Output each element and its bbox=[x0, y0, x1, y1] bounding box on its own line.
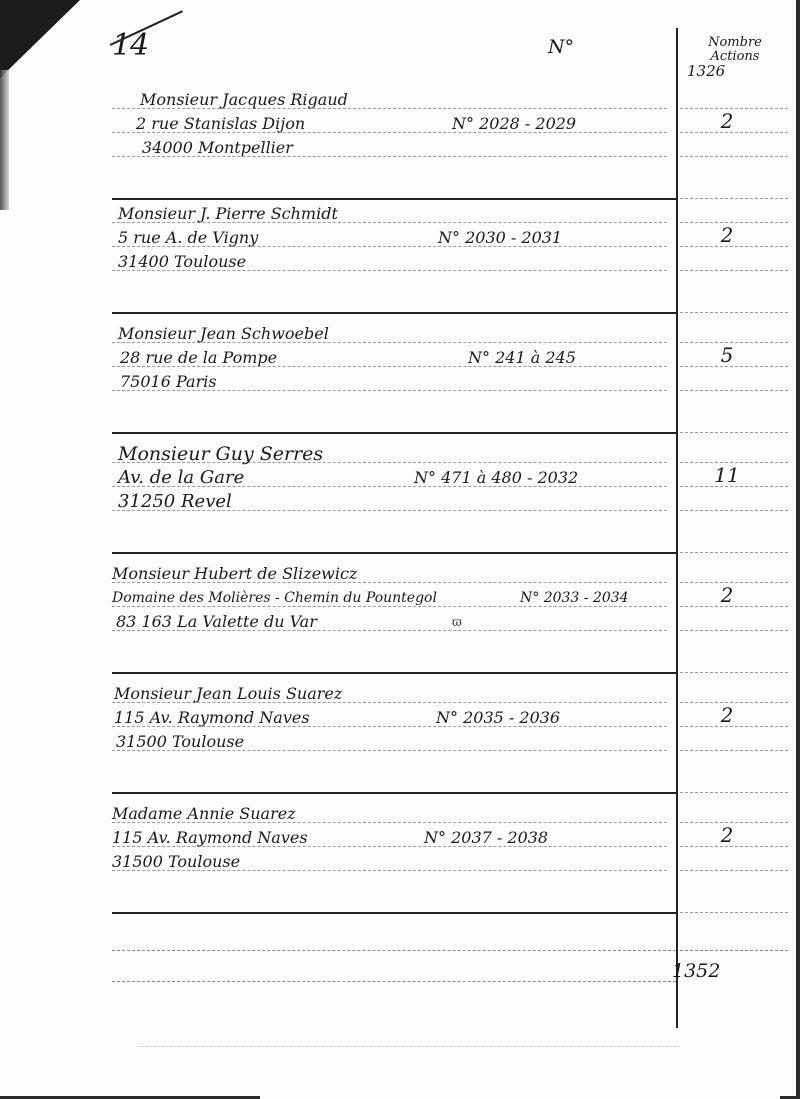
holder-name: Monsieur J. Pierre Schmidt bbox=[118, 202, 338, 226]
share-numbers: N° 471 à 480 - 2032 bbox=[414, 466, 578, 490]
holder-city: 31400 Toulouse bbox=[118, 250, 246, 274]
share-count: 11 bbox=[707, 462, 747, 488]
entry-separator bbox=[112, 312, 676, 314]
holder-address: Domaine des Molières - Chemin du Pounteg… bbox=[112, 586, 437, 610]
holder-address: 5 rue A. de Vigny bbox=[118, 226, 258, 250]
share-numbers: N° 2028 - 2029 bbox=[452, 112, 576, 136]
share-count: 2 bbox=[707, 582, 747, 608]
scan-shadow-corner bbox=[0, 0, 80, 78]
scanned-register-page: 14 N° Nombre Actions 1326 Monsieur Jacqu… bbox=[0, 0, 800, 1099]
holder-city: 31500 Toulouse bbox=[116, 730, 244, 754]
carried-forward-total: 1326 bbox=[681, 64, 789, 78]
entry-separator-right bbox=[680, 552, 788, 553]
holder-name: Monsieur Hubert de Slizewicz bbox=[112, 562, 357, 586]
holder-city: 83 163 La Valette du Var bbox=[116, 610, 317, 634]
register-entry: Monsieur Guy Serres Av. de la Gare 31250… bbox=[112, 440, 792, 560]
margin-mark: ϖ bbox=[452, 610, 462, 634]
holder-address: 115 Av. Raymond Naves bbox=[114, 706, 310, 730]
holder-name: Monsieur Jacques Rigaud bbox=[140, 88, 348, 112]
share-numbers: N° 241 à 245 bbox=[468, 346, 576, 370]
register-entry: Monsieur Jean Schwoebel 28 rue de la Pom… bbox=[112, 320, 792, 440]
holder-address: 28 rue de la Pompe bbox=[120, 346, 277, 370]
holder-address: 115 Av. Raymond Naves bbox=[112, 826, 308, 850]
share-count: 2 bbox=[707, 822, 747, 848]
share-numbers: N° 2033 - 2034 bbox=[520, 586, 629, 610]
ruled-line bbox=[680, 750, 788, 751]
ruled-line bbox=[112, 950, 676, 951]
share-count: 2 bbox=[707, 702, 747, 728]
register-entry: Monsieur J. Pierre Schmidt 5 rue A. de V… bbox=[112, 200, 792, 320]
share-numbers: N° 2035 - 2036 bbox=[436, 706, 560, 730]
entry-separator-right bbox=[680, 792, 788, 793]
holder-address: Av. de la Gare bbox=[118, 466, 244, 490]
share-count: 2 bbox=[707, 108, 747, 134]
ruled-line bbox=[680, 510, 788, 511]
holder-name: Madame Annie Suarez bbox=[112, 802, 296, 826]
entry-separator bbox=[112, 792, 676, 794]
holder-name: Monsieur Jean Louis Suarez bbox=[114, 682, 342, 706]
number-column-header: N° bbox=[548, 36, 574, 58]
entry-separator-right bbox=[680, 912, 788, 913]
ruled-line bbox=[680, 270, 788, 271]
holder-name: Monsieur Jean Schwoebel bbox=[118, 322, 329, 346]
holder-city: 34000 Montpellier bbox=[142, 136, 293, 160]
entry-separator bbox=[112, 672, 676, 674]
share-numbers: N° 2030 - 2031 bbox=[438, 226, 562, 250]
entry-separator bbox=[112, 912, 676, 914]
holder-city: 75016 Paris bbox=[120, 370, 217, 394]
share-count: 2 bbox=[707, 222, 747, 248]
entry-separator bbox=[112, 552, 676, 554]
share-count: 5 bbox=[707, 342, 747, 368]
shares-column-header: Nombre Actions 1326 bbox=[681, 36, 789, 78]
register-entry: Monsieur Jacques Rigaud 2 rue Stanislas … bbox=[112, 86, 792, 206]
entry-separator-right bbox=[680, 672, 788, 673]
holder-city: 31250 Revel bbox=[118, 490, 232, 514]
ruled-line bbox=[680, 390, 788, 391]
ruled-line bbox=[680, 630, 788, 631]
entry-separator bbox=[112, 432, 676, 434]
register-entry: Monsieur Jean Louis Suarez 115 Av. Raymo… bbox=[112, 680, 792, 800]
scan-shadow-right-edge bbox=[796, 0, 800, 1099]
register-entry: Monsieur Hubert de Slizewicz Domaine des… bbox=[112, 560, 792, 680]
page-total: 1352 bbox=[672, 960, 720, 982]
share-numbers: N° 2037 - 2038 bbox=[424, 826, 548, 850]
ruled-line bbox=[680, 950, 788, 951]
register-entry: Madame Annie Suarez 115 Av. Raymond Nave… bbox=[112, 800, 792, 920]
ruled-line bbox=[680, 156, 788, 157]
shares-header-line1: Nombre bbox=[681, 36, 789, 50]
scan-shadow-left-edge bbox=[0, 70, 9, 210]
ruled-line bbox=[680, 870, 788, 871]
entry-separator-right bbox=[680, 432, 788, 433]
entry-separator-right bbox=[680, 198, 788, 199]
faint-ruled-line bbox=[140, 1046, 680, 1047]
holder-city: 31500 Toulouse bbox=[112, 850, 240, 874]
holder-address: 2 rue Stanislas Dijon bbox=[136, 112, 305, 136]
holder-name: Monsieur Guy Serres bbox=[118, 442, 323, 466]
entry-separator-right bbox=[680, 312, 788, 313]
ruled-line bbox=[112, 981, 676, 982]
